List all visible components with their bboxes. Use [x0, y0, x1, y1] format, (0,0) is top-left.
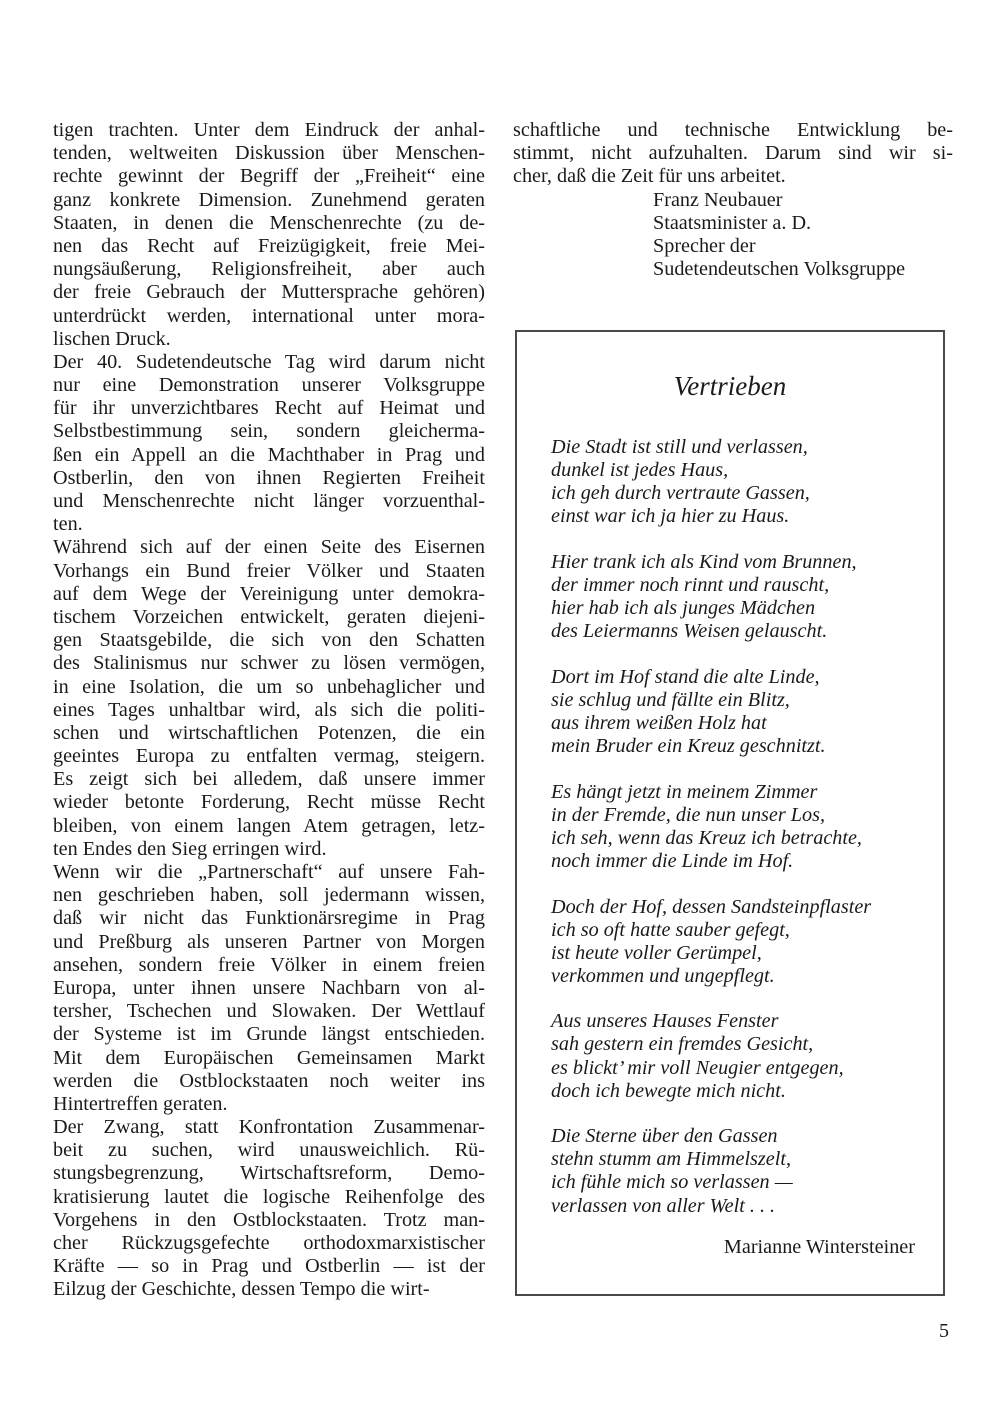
text-line: lischen Druck. [53, 328, 485, 351]
text-line: ten Endes den Sieg erringen wird. [53, 838, 485, 861]
text-line: Selbstbestimmung sein, sondern gleicherm… [53, 420, 485, 443]
poem-line: verlassen von aller Welt . . . [551, 1195, 871, 1218]
poem-line: Dort im Hof stand die alte Linde, [551, 666, 871, 689]
text-line: des Stalinismus nur schwer zu lösen verm… [53, 652, 485, 675]
poem-stanza: Doch der Hof, dessen Sandsteinpflasteric… [551, 896, 871, 988]
poem-box: Vertrieben Die Stadt ist still und verla… [515, 330, 945, 1296]
text-line: auf dem Wege der Vereinigung unter demok… [53, 583, 485, 606]
text-line: Der 40. Sudetendeutsche Tag wird darum n… [53, 351, 485, 374]
poem-line: sie schlug und fällte ein Blitz, [551, 689, 871, 712]
text-line: Wenn wir die „Partnerschaft“ auf unsere … [53, 861, 485, 884]
text-line: Staaten, in denen die Menschenrechte (zu… [53, 212, 485, 235]
text-line: ganz konkrete Dimension. Zunehmend gerat… [53, 189, 485, 212]
poem-line: noch immer die Linde im Hof. [551, 850, 871, 873]
text-line: der freie Gebrauch der Muttersprache geh… [53, 281, 485, 304]
article-left-column: tigen trachten. Unter dem Eindruck der a… [53, 119, 485, 1302]
text-line: Vorhangs ein Bund freier Völker und Staa… [53, 560, 485, 583]
text-line: tigen trachten. Unter dem Eindruck der a… [53, 119, 485, 142]
text-line: tenden, weltweiten Diskussion über Mensc… [53, 142, 485, 165]
poem-line: sah gestern ein fremdes Gesicht, [551, 1033, 871, 1056]
text-line: nur eine Demonstration unserer Volksgrup… [53, 374, 485, 397]
text-line: Europa, unter ihnen unsere Nachbarn von … [53, 977, 485, 1000]
poem-line: mein Bruder ein Kreuz geschnitzt. [551, 735, 871, 758]
text-line: tersher, Tschechen und Slowaken. Der Wet… [53, 1000, 485, 1023]
poem-line: ich seh, wenn das Kreuz ich betrachte, [551, 827, 871, 850]
poem-line: Doch der Hof, dessen Sandsteinpflaster [551, 896, 871, 919]
poem-line: der immer noch rinnt und rauscht, [551, 574, 871, 597]
text-line: schen und wirtschaftlichen Potenzen, die… [53, 722, 485, 745]
poem-line: es blickt’ mir voll Neugier entgegen, [551, 1057, 871, 1080]
poem-line: aus ihrem weißen Holz hat [551, 712, 871, 735]
text-line: kratisierung lautet die logische Reihenf… [53, 1186, 485, 1209]
text-line: nen das Recht auf Freizügigkeit, freie M… [53, 235, 485, 258]
text-line: Vorgehens in den Ostblockstaaten. Trotz … [53, 1209, 485, 1232]
text-line: Kräfte — so in Prag und Ostberlin — ist … [53, 1255, 485, 1278]
text-line: gen Staatsgebilde, die sich von den Scha… [53, 629, 485, 652]
article-right-column: schaftliche und technische Entwicklung b… [513, 119, 953, 281]
poem-line: Hier trank ich als Kind vom Brunnen, [551, 551, 871, 574]
text-line: stungsbegrenzung, Wirtschaftsreform, Dem… [53, 1162, 485, 1185]
text-line: werden die Ostblockstaaten noch weiter i… [53, 1070, 485, 1093]
poem-line: Die Stadt ist still und verlassen, [551, 436, 871, 459]
text-line: beit zu suchen, wird unausweichlich. Rü- [53, 1139, 485, 1162]
poem-stanza: Die Sterne über den Gassenstehn stumm am… [551, 1125, 871, 1217]
text-line: rechte gewinnt der Begriff der „Freiheit… [53, 165, 485, 188]
poem-line: doch ich bewegte mich nicht. [551, 1080, 871, 1103]
poem-stanza: Es hängt jetzt in meinem Zimmerin der Fr… [551, 781, 871, 873]
text-line: wieder betonte Forderung, Recht müsse Re… [53, 791, 485, 814]
text-line: für ihr unverzichtbares Recht auf Heimat… [53, 397, 485, 420]
poem-stanza: Die Stadt ist still und verlassen,dunkel… [551, 436, 871, 528]
poem-author: Marianne Wintersteiner [724, 1235, 915, 1259]
text-line: ansehen, sondern freie Völker in einem f… [53, 954, 485, 977]
poem-line: Es hängt jetzt in meinem Zimmer [551, 781, 871, 804]
text-line: nungsäußerung, Religionsfreiheit, aber a… [53, 258, 485, 281]
poem-line: dunkel ist jedes Haus, [551, 459, 871, 482]
text-line: geeintes Europa zu entfalten vermag, ste… [53, 745, 485, 768]
poem-line: ich so oft hatte sauber gefegt, [551, 919, 871, 942]
page-number: 5 [939, 1320, 949, 1343]
poem-title: Vertrieben [517, 370, 943, 402]
poem-line: ist heute voller Gerümpel, [551, 942, 871, 965]
poem-line: des Leiermanns Weisen gelauscht. [551, 620, 871, 643]
poem-line: verkommen und ungepflegt. [551, 965, 871, 988]
text-line: bleiben, von einem langen Atem getragen,… [53, 815, 485, 838]
poem-stanza: Dort im Hof stand die alte Linde,sie sch… [551, 666, 871, 758]
poem-line: in der Fremde, die nun unser Los, [551, 804, 871, 827]
text-line: Während sich auf der einen Seite des Eis… [53, 536, 485, 559]
poem-line: ich fühle mich so verlassen — [551, 1171, 871, 1194]
text-line: unterdrückt werden, international unter … [53, 305, 485, 328]
text-line: und Menschenrechte nicht länger vorzuent… [53, 490, 485, 513]
text-line: Es zeigt sich bei alledem, daß unsere im… [53, 768, 485, 791]
text-line: Eilzug der Geschichte, dessen Tempo die … [53, 1278, 485, 1301]
text-line: daß wir nicht das Funktionärsregime in P… [53, 907, 485, 930]
poem-stanza: Aus unseres Hauses Fenstersah gestern ei… [551, 1010, 871, 1102]
poem-line: Die Sterne über den Gassen [551, 1125, 871, 1148]
text-line: ten. [53, 513, 485, 536]
signature-name: Franz Neubauer [513, 189, 953, 212]
text-line: Der Zwang, statt Konfrontation Zusammena… [53, 1116, 485, 1139]
text-line: ßen ein Appell an die Machthaber in Prag… [53, 444, 485, 467]
poem-line: ich geh durch vertraute Gassen, [551, 482, 871, 505]
text-line: der Systeme ist im Grunde längst entschi… [53, 1023, 485, 1046]
text-line: Mit dem Europäischen Gemeinsamen Markt [53, 1047, 485, 1070]
poem-line: Aus unseres Hauses Fenster [551, 1010, 871, 1033]
signature-role-line1: Sprecher der [513, 235, 953, 258]
text-line: Ostberlin, den von ihnen Regierten Freih… [53, 467, 485, 490]
signature-title: Staatsminister a. D. [513, 212, 953, 235]
poem-line: hier hab ich als junges Mädchen [551, 597, 871, 620]
text-line: und Preßburg als unseren Partner von Mor… [53, 931, 485, 954]
signature-role-line2: Sudetendeutschen Volksgruppe [513, 258, 953, 281]
text-line: cher, daß die Zeit für uns arbeitet. [513, 165, 953, 188]
text-line: eines Tages unhaltbar wird, als sich die… [53, 699, 485, 722]
poem-line: einst war ich ja hier zu Haus. [551, 505, 871, 528]
poem-line: stehn stumm am Himmelszelt, [551, 1148, 871, 1171]
text-line: nen geschrieben haben, soll jedermann wi… [53, 884, 485, 907]
text-line: cher Rückzugsgefechte orthodoxmarxistisc… [53, 1232, 485, 1255]
text-line: tischem Vorzeichen entwickelt, geraten d… [53, 606, 485, 629]
text-line: in eine Isolation, die um so unbehaglich… [53, 676, 485, 699]
poem-stanza: Hier trank ich als Kind vom Brunnen,der … [551, 551, 871, 643]
text-line: Hintertreffen geraten. [53, 1093, 485, 1116]
poem-stanzas: Die Stadt ist still und verlassen,dunkel… [551, 436, 871, 1240]
text-line: schaftliche und technische Entwicklung b… [513, 119, 953, 142]
text-line: stimmt, nicht aufzuhalten. Darum sind wi… [513, 142, 953, 165]
